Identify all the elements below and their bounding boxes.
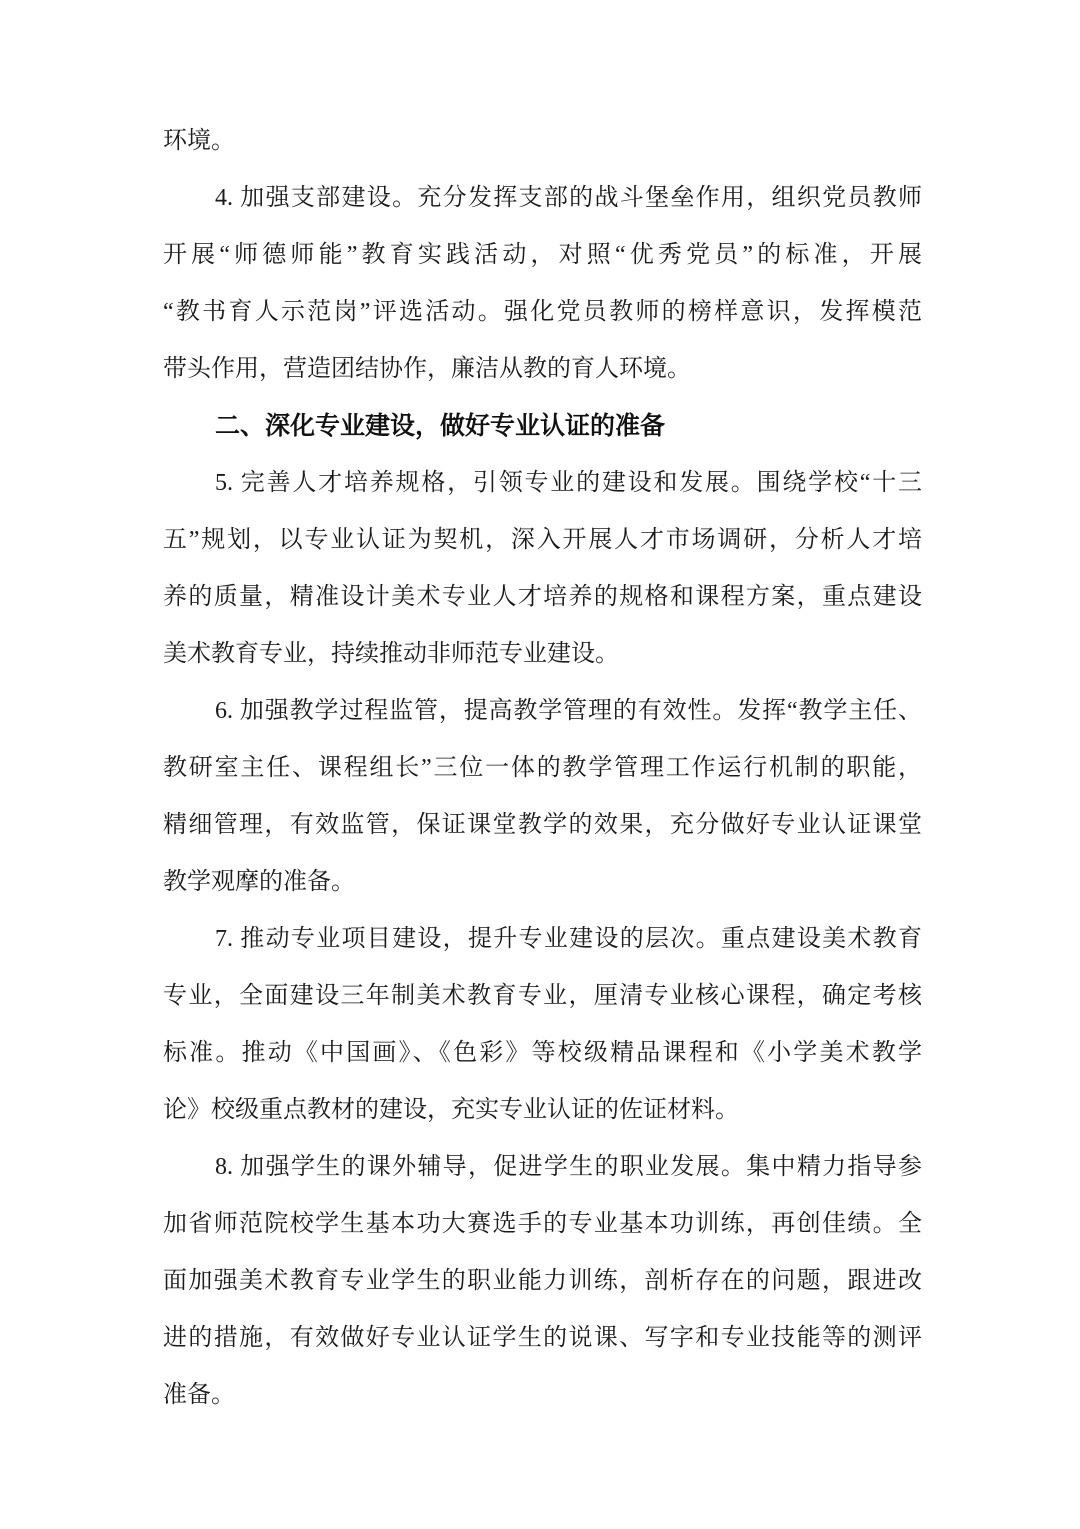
paragraph-line: 美术教育专业，持续推动非师范专业建设。 [163, 626, 922, 683]
document-page: 环境。4. 加强支部建设。充分发挥支部的战斗堡垒作用，组织党员教师开展“师德师能… [0, 0, 1080, 1529]
paragraph-line: 带头作用，营造团结协作，廉洁从教的育人环境。 [163, 341, 922, 398]
paragraph-line: 准备。 [163, 1367, 922, 1424]
paragraph-line: 标准。推动《中国画》、《色彩》等校级精品课程和《小学美术教学 [163, 1025, 922, 1082]
paragraph-line: 5. 完善人才培养规格，引领专业的建设和发展。围绕学校“十三 [163, 455, 922, 512]
paragraph-line: 精细管理，有效监管，保证课堂教学的效果，充分做好专业认证课堂 [163, 797, 922, 854]
paragraph-line: 8. 加强学生的课外辅导，促进学生的职业发展。集中精力指导参 [163, 1139, 922, 1196]
paragraph-line: 教学观摩的准备。 [163, 854, 922, 911]
paragraph-line: 4. 加强支部建设。充分发挥支部的战斗堡垒作用，组织党员教师 [163, 170, 922, 227]
text-block: 环境。4. 加强支部建设。充分发挥支部的战斗堡垒作用，组织党员教师开展“师德师能… [163, 113, 922, 1424]
paragraph-line: 教研室主任、课程组长”三位一体的教学管理工作运行机制的职能， [163, 740, 922, 797]
paragraph-line: 6. 加强教学过程监管，提高教学管理的有效性。发挥“教学主任、 [163, 683, 922, 740]
paragraph-line: 开展“师德师能”教育实践活动，对照“优秀党员”的标准，开展 [163, 227, 922, 284]
paragraph-line: 养的质量，精准设计美术专业人才培养的规格和课程方案，重点建设 [163, 569, 922, 626]
paragraph-line: 加省师范院校学生基本功大赛选手的专业基本功训练，再创佳绩。全 [163, 1196, 922, 1253]
paragraph-line: 面加强美术教育专业学生的职业能力训练，剖析存在的问题，跟进改 [163, 1253, 922, 1310]
paragraph-line: 论》校级重点教材的建设，充实专业认证的佐证材料。 [163, 1082, 922, 1139]
section-heading: 二、深化专业建设，做好专业认证的准备 [163, 398, 922, 455]
paragraph-line: “教书育人示范岗”评选活动。强化党员教师的榜样意识，发挥模范 [163, 284, 922, 341]
paragraph-line: 进的措施，有效做好专业认证学生的说课、写字和专业技能等的测评 [163, 1310, 922, 1367]
paragraph-line: 7. 推动专业项目建设，提升专业建设的层次。重点建设美术教育 [163, 911, 922, 968]
paragraph-line: 环境。 [163, 113, 922, 170]
paragraph-line: 五”规划，以专业认证为契机，深入开展人才市场调研，分析人才培 [163, 512, 922, 569]
paragraph-line: 专业，全面建设三年制美术教育专业，厘清专业核心课程，确定考核 [163, 968, 922, 1025]
